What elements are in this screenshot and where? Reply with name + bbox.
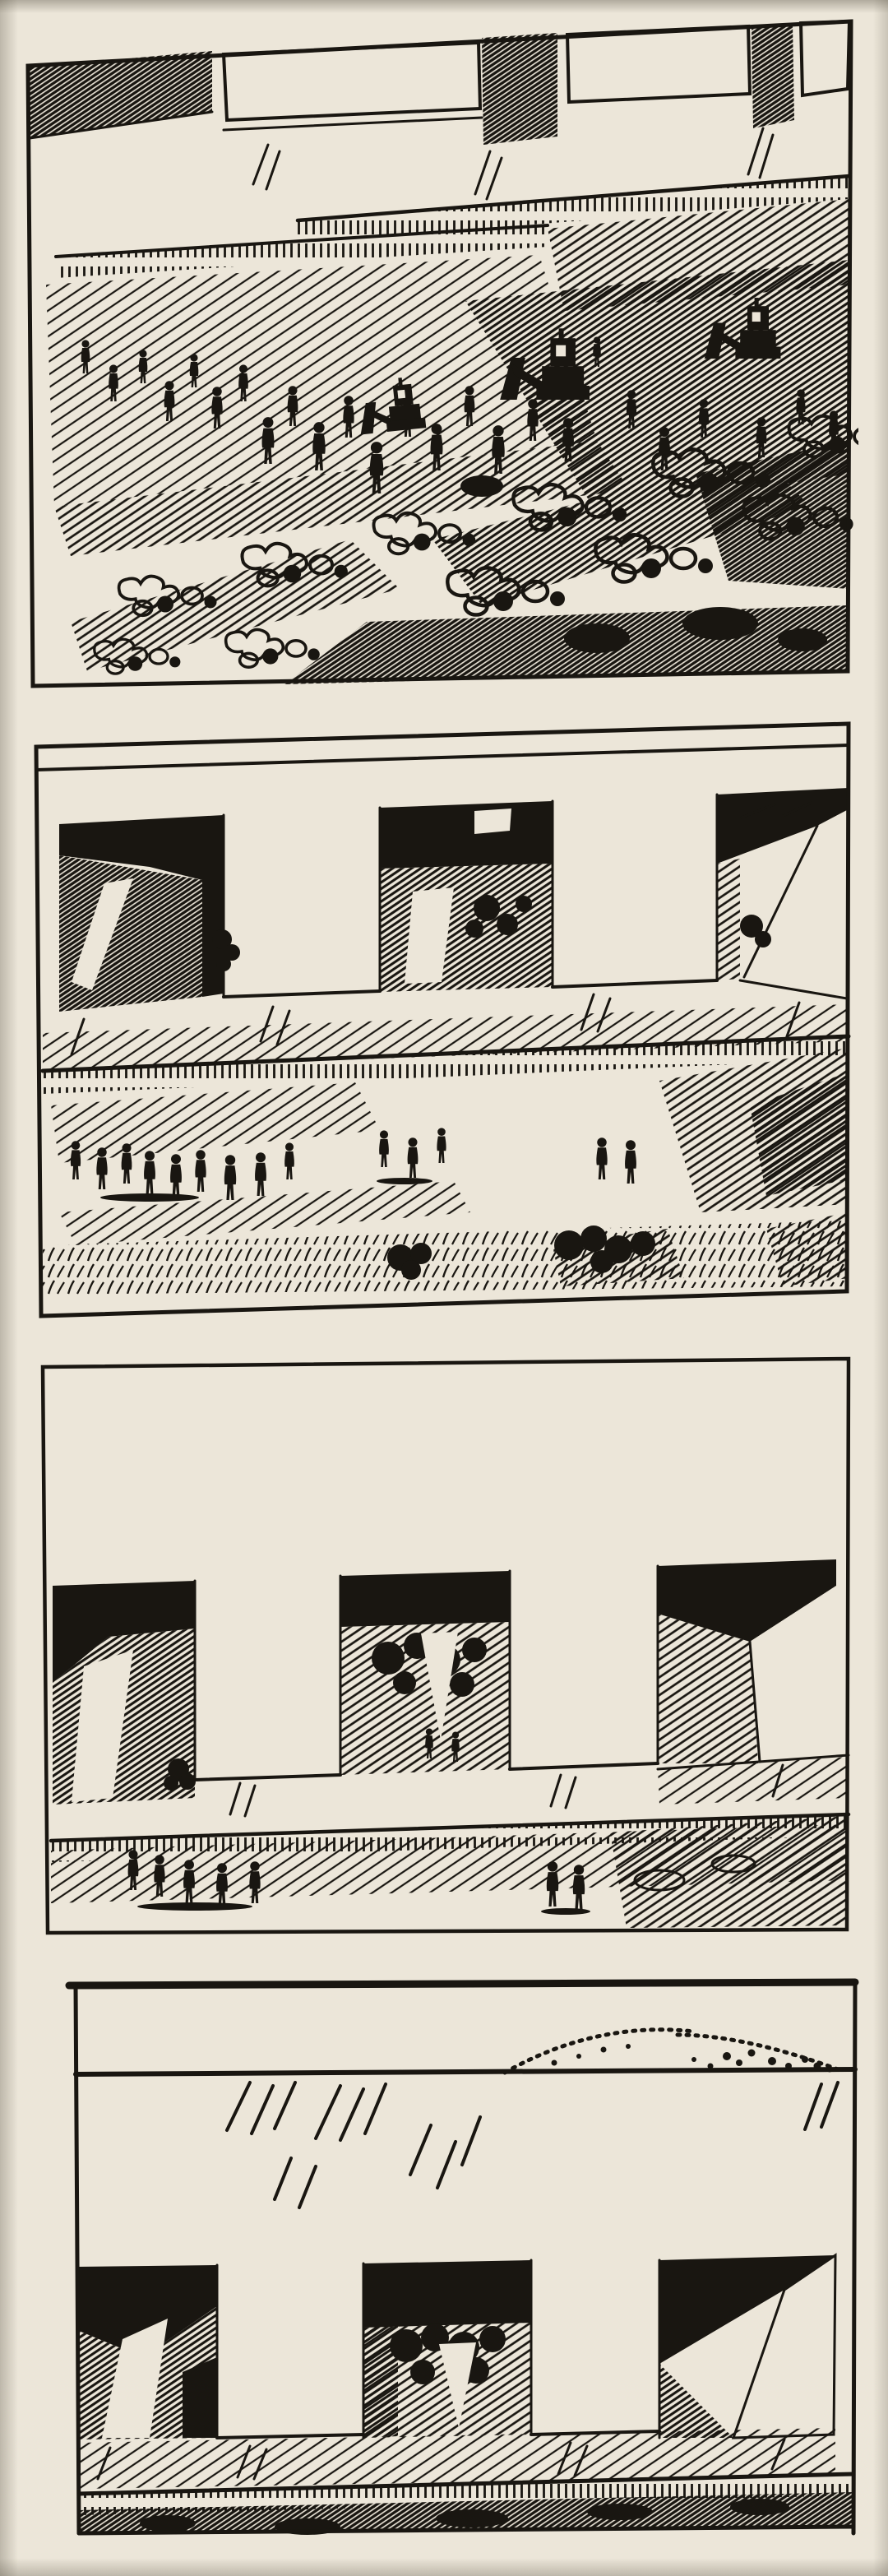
scanned-book-page (0, 0, 888, 2576)
brush-mound (505, 2030, 838, 2073)
panel-1-drawing (21, 13, 858, 691)
panel-2-drawing (26, 719, 858, 1323)
panel-3-drawing (35, 1352, 857, 1938)
rooftop-band (30, 21, 849, 199)
courtyard-structure (53, 1559, 849, 1816)
ground-and-fringe (79, 2428, 853, 2535)
roof-horizon-line (76, 2069, 855, 2074)
panel-4-drawing (44, 1977, 860, 2543)
sketch-panel-1 (21, 13, 858, 691)
parapet-line (36, 745, 849, 770)
sketch-panel-4 (44, 1977, 860, 2543)
wall-texture-strokes (227, 2083, 838, 2208)
sketch-panel-3 (35, 1352, 857, 1938)
sketch-panel-2 (26, 719, 858, 1323)
